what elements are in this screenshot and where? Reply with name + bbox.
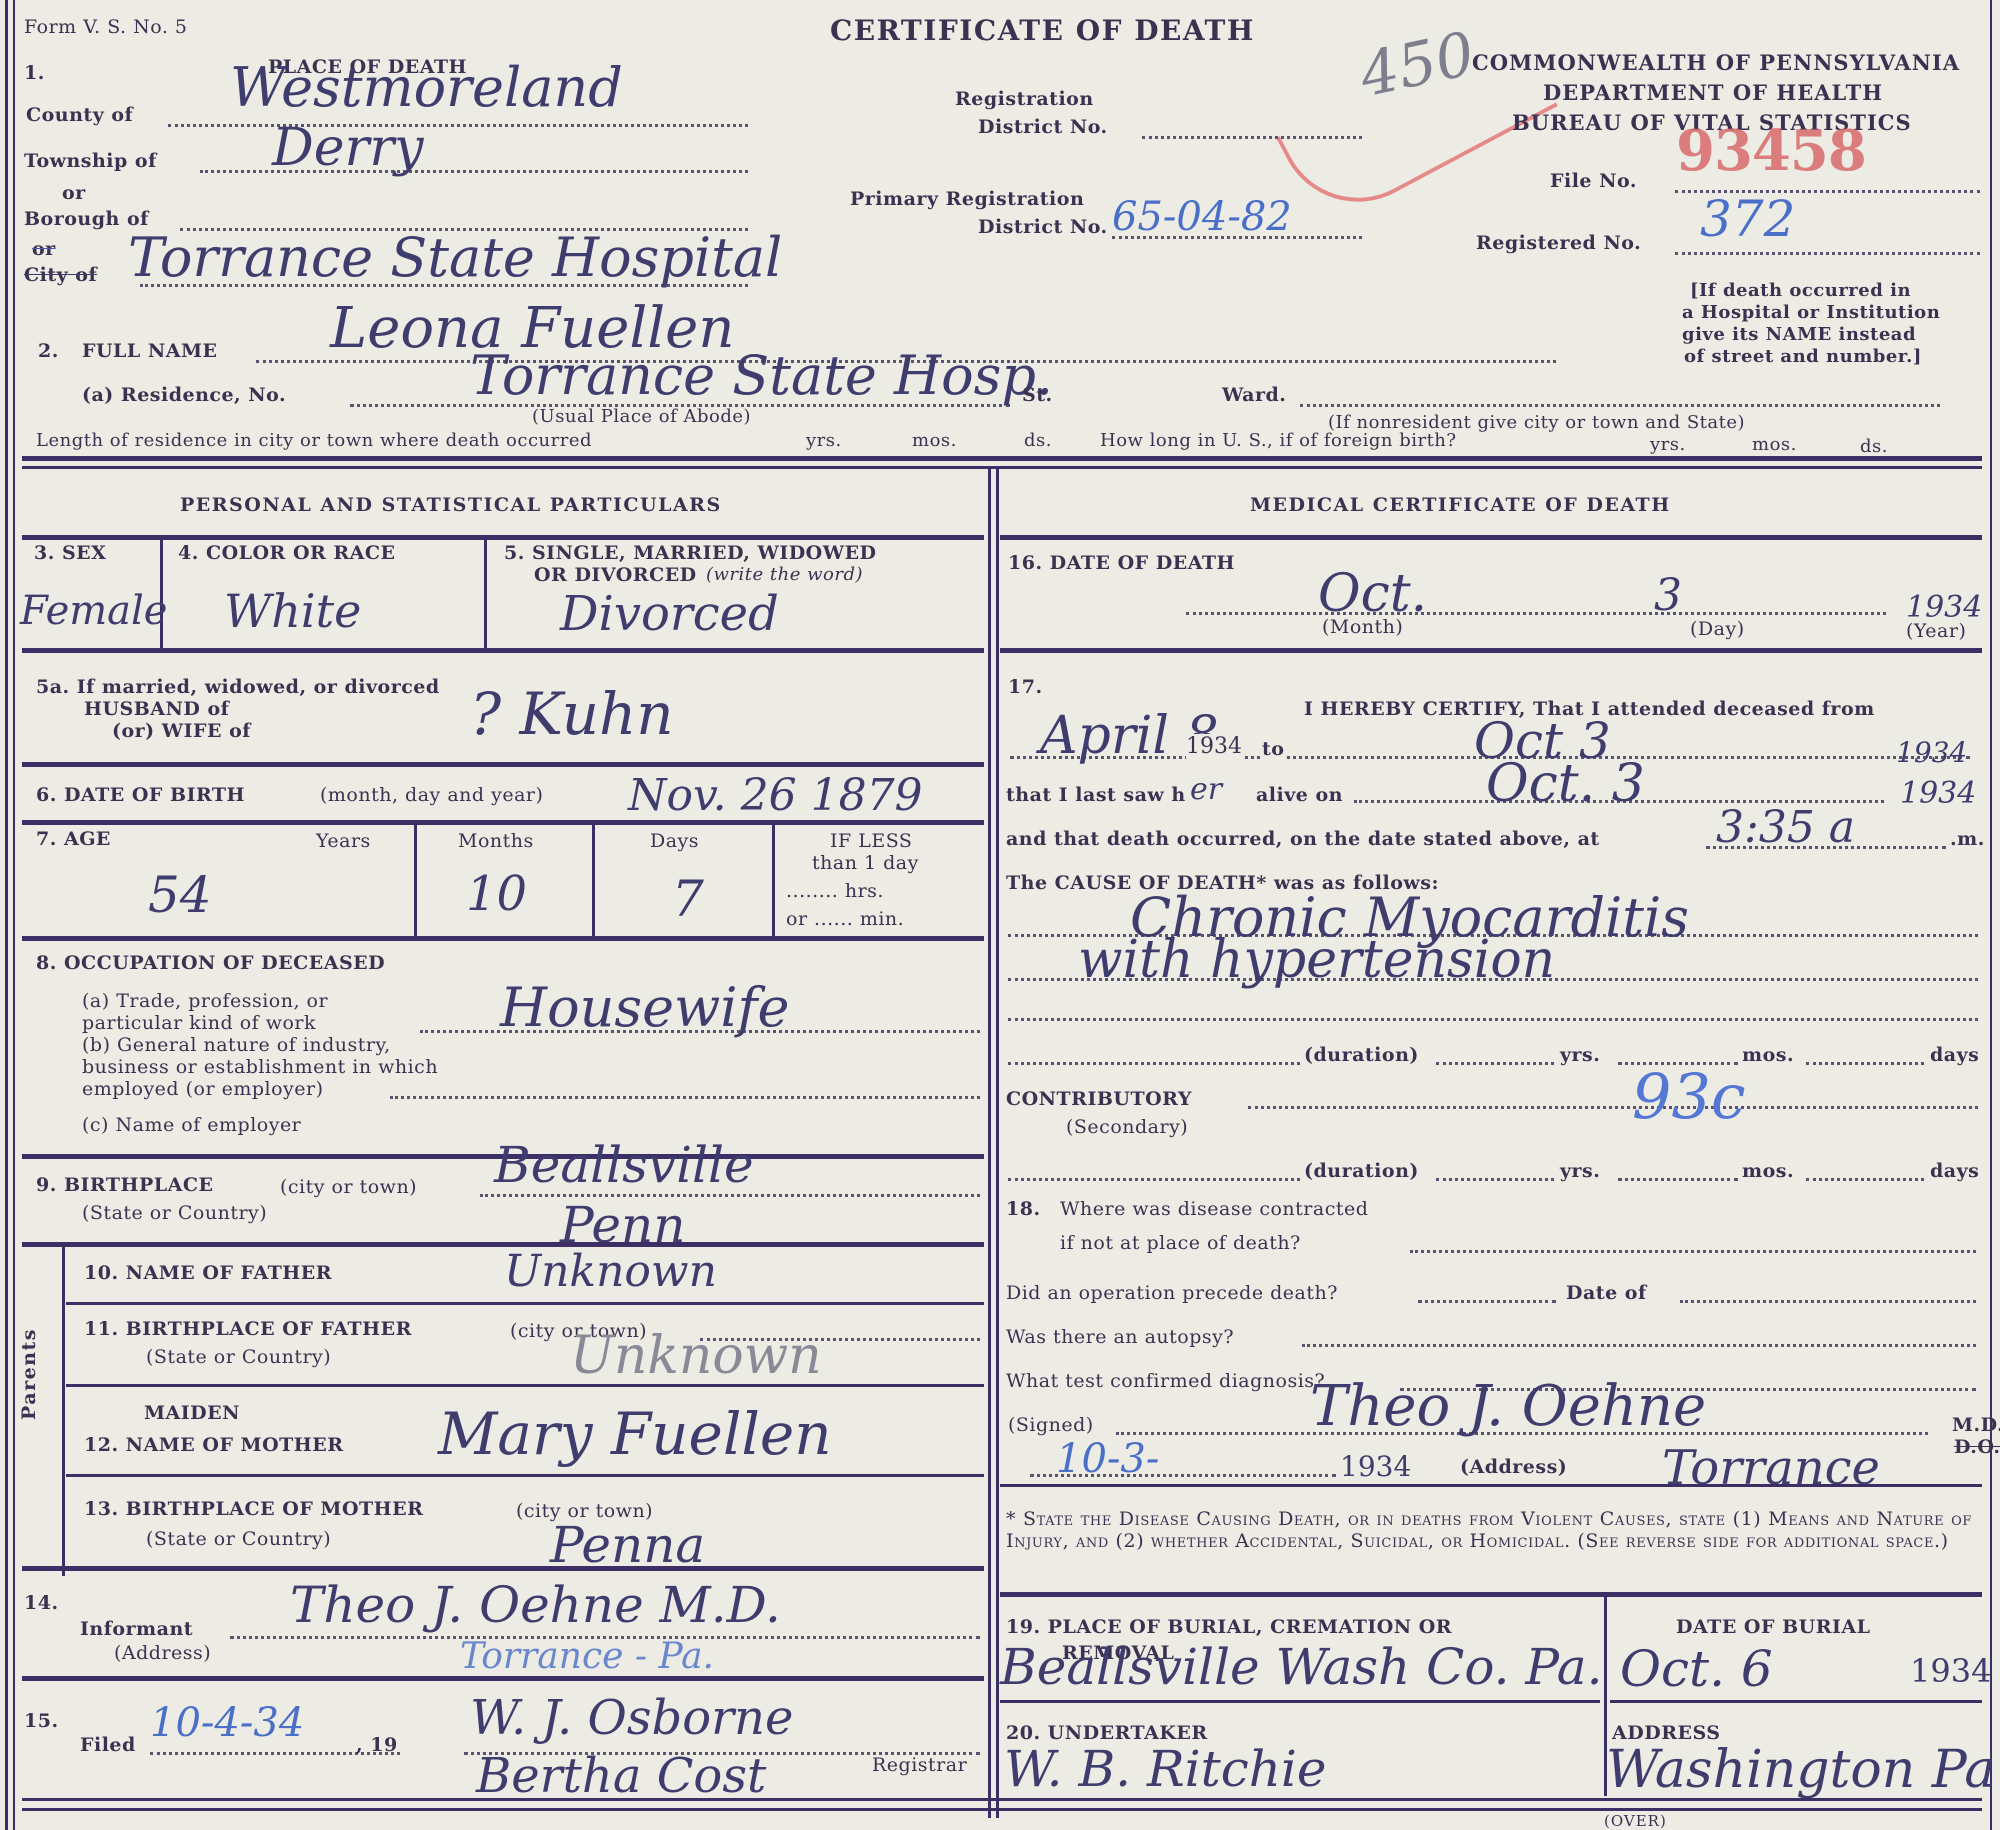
rule-19-left [1000,1700,1600,1703]
birthplace-state-label: (State or Country) [82,1202,267,1224]
abode-note: (Usual Place of Abode) [532,406,751,427]
district-dots [1142,136,1362,139]
spouse-label-2: HUSBAND of [84,698,229,720]
age-days-field[interactable]: 7 [672,870,704,928]
sex-label: 3. SEX [34,542,106,564]
rule-11 [66,1384,984,1387]
father-birthplace-state-label: (State or Country) [146,1346,331,1368]
rule-burial-top [1000,1592,1982,1597]
duration-mos-dots-2 [1618,1178,1738,1181]
duration-mos-1: mos. [1742,1044,1794,1066]
duration-days-dots-1 [1806,1062,1924,1065]
last-saw-year-field[interactable]: 1934 [1900,776,1976,811]
q18-line-2: if not at place of death? [1060,1232,1301,1254]
death-time-label: and that death occurred, on the date sta… [1006,828,1600,850]
q18-dots [1410,1250,1976,1253]
do-label: D.O. [1954,1436,2000,1458]
physician-address-field[interactable]: Torrance [1662,1440,1880,1496]
physician-address-label: (Address) [1460,1456,1567,1478]
city-field[interactable]: Torrance State Hospital [128,226,782,289]
foreign-yrs: yrs. [1650,434,1686,455]
am-pm-label: .m. [1950,828,1985,850]
length-yrs: yrs. [806,430,842,451]
informant-number: 14. [24,1592,59,1614]
agency-line-2: DEPARTMENT OF HEALTH [1543,80,1883,105]
registrar-signature-1[interactable]: W. J. Osborne [470,1690,793,1746]
to-label: to [1262,738,1284,760]
rule-13 [22,1566,984,1571]
registrar-label: Registrar [872,1754,967,1776]
column-divider-left [988,468,991,1818]
hospital-note-2: a Hospital or Institution [1682,302,1940,323]
rule-6 [22,820,984,825]
race-label: 4. COLOR OR RACE [178,542,396,564]
birthplace-label: 9. BIRTHPLACE [36,1174,213,1196]
occupation-label: 8. OCCUPATION OF DECEASED [36,952,385,974]
autopsy-question: Was there an autopsy? [1006,1326,1234,1348]
marital-status-field[interactable]: Divorced [560,586,779,642]
street-label: St. [1022,384,1053,406]
agency-line-1: COMMONWEALTH OF PENNSYLVANIA [1472,50,1960,75]
rule-16 [1000,648,1982,653]
section-2-number: 2. [38,340,59,362]
hrs-field[interactable]: ........ hrs. [786,880,884,902]
length-residence-label: Length of residence in city or town wher… [36,430,592,451]
rule-5a [22,762,984,767]
duration-yrs-2: yrs. [1560,1160,1600,1182]
duration-days-dots-2 [1806,1178,1924,1181]
hospital-note-3: give its NAME instead [1682,324,1916,345]
last-saw-label: that I last saw h [1006,784,1186,806]
hospital-note-1: [If death occurred in [1690,280,1911,301]
race-field[interactable]: White [224,584,361,638]
rule-personal [22,535,984,540]
ward-label: Ward. [1222,384,1286,406]
age-years-field[interactable]: 54 [148,866,212,924]
rule-19-right [1610,1700,1982,1703]
day-caption: (Day) [1690,618,1745,640]
dod-dots [1186,612,1886,615]
attended-from-year-field[interactable]: 1934 [1186,734,1242,759]
certificate-title: CERTIFICATE OF DEATH [830,14,1255,47]
months-label: Months [458,830,534,852]
rule-12 [66,1474,984,1477]
dod-label: 16. DATE OF DEATH [1008,552,1235,574]
cert-number: 17. [1008,676,1043,698]
birthplace-sub: (city or town) [280,1176,417,1198]
informant-label: Informant [80,1618,193,1640]
ward-dots [1300,404,1940,407]
filed-number: 15. [24,1710,59,1732]
length-ds: ds. [1024,430,1052,451]
length-mos: mos. [912,430,957,451]
duration-label-2: (duration) [1304,1160,1419,1182]
bottom-rule-2 [22,1808,1982,1811]
year-caption: (Year) [1906,620,1966,642]
age-divider-3 [772,824,775,936]
burial-place-label-1: 19. PLACE OF BURIAL, CREMATION OR [1006,1616,1452,1638]
age-divider-2 [592,824,595,936]
informant-address-label: (Address) [114,1642,211,1664]
full-name-label: FULL NAME [82,340,218,362]
cause-footnote: * State the Disease Causing Death, or in… [1006,1508,1972,1552]
contributory-code[interactable]: 93c [1632,1060,1746,1133]
duration-yrs-dots-1 [1436,1062,1554,1065]
file-stamp-number: 93458 [1676,118,1866,184]
min-field[interactable]: or ...... min. [786,908,904,930]
dob-field[interactable]: Nov. 26 1879 [628,770,923,821]
primary-district-field[interactable]: 65-04-82 [1112,194,1292,240]
alive-on-label: alive on [1256,784,1343,806]
death-time-field[interactable]: 3:35 a [1716,802,1855,853]
than-day-label: than 1 day [812,852,919,874]
contributory-dots [1248,1106,1978,1109]
month-caption: (Month) [1322,616,1403,638]
father-birthplace-field[interactable]: Unknown [570,1326,822,1386]
marital-label-2: OR DIVORCED [534,564,697,586]
rule-10 [66,1302,984,1305]
registered-number-dots [1675,252,1980,255]
residence-field[interactable]: Torrance State Hosp. [470,344,1053,407]
operation-question: Did an operation precede death? [1006,1282,1338,1304]
filed-19: , 19 [356,1734,398,1756]
duration-dots-2 [1008,1178,1300,1181]
dod-month-field[interactable]: Oct. [1318,564,1427,624]
occupation-field[interactable]: Housewife [500,976,790,1039]
burial-date-field[interactable]: Oct. 6 [1620,1640,1773,1698]
test-question: What test confirmed diagnosis? [1006,1370,1325,1392]
column-divider-right [996,468,999,1818]
rule-9 [22,1242,984,1247]
occupation-b2: business or establishment in which [82,1056,438,1078]
birthplace-dots [480,1194,980,1197]
duration-yrs-dots-2 [1436,1178,1554,1181]
last-saw-date-field[interactable]: Oct. 3 [1486,754,1645,814]
registered-number-field[interactable]: 372 [1700,190,1795,248]
primary-registration-label: Primary Registration [850,188,1084,210]
autopsy-dots [1302,1344,1976,1347]
informant-address-field[interactable]: Torrance - Pa. [460,1636,714,1677]
township-label: Township of [24,150,157,172]
if-less-label: IF LESS [830,830,912,852]
filed-label: Filed [80,1734,136,1756]
duration-days-1: days [1930,1044,1979,1066]
burial-date-label: DATE OF BURIAL [1676,1616,1870,1638]
undertaker-field[interactable]: W. B. Ritchie [1004,1740,1327,1798]
last-saw-pronoun[interactable]: er [1190,772,1222,807]
q18-line-1: Where was disease contracted [1060,1198,1368,1220]
medical-heading: MEDICAL CERTIFICATE OF DEATH [1250,494,1671,516]
bottom-rule-1 [22,1798,1982,1801]
left-border [5,0,8,1830]
q18-number: 18. [1006,1198,1041,1220]
dob-label: 6. DATE OF BIRTH [36,784,245,806]
signed-date-field[interactable]: 10-3- [1056,1436,1159,1482]
informant-field[interactable]: Theo J. Oehne M.D. [290,1576,781,1634]
spouse-field[interactable]: ? Kuhn [470,680,674,748]
signed-label: (Signed) [1008,1414,1094,1436]
days-label: Days [650,830,699,852]
rule-7 [22,936,984,941]
county-label: County of [26,104,133,126]
mother-name-field[interactable]: Mary Fuellen [438,1400,832,1468]
occupation-b3: employed (or employer) [82,1078,324,1100]
registered-number-label: Registered No. [1476,232,1641,254]
sex-field[interactable]: Female [20,588,167,634]
file-number-label: File No. [1550,170,1637,192]
age-label: 7. AGE [36,828,111,850]
registrar-signature-2[interactable]: Bertha Cost [476,1748,766,1804]
md-label: M.D. [1952,1414,2000,1436]
rule-5 [22,648,984,653]
spouse-label-1: 5a. If married, widowed, or divorced [36,676,440,698]
rule-medical [1000,535,1982,540]
duration-days-2: days [1930,1160,1979,1182]
or-text-1: or [62,182,86,204]
county-dots [168,124,748,127]
undertaker-address-field[interactable]: Washington Pa. [1606,1740,2000,1800]
over-label: (OVER) [1604,1812,1667,1830]
cause-dots-3 [1008,1018,1978,1021]
age-months-field[interactable]: 10 [466,866,527,922]
duration-label-1: (duration) [1304,1044,1419,1066]
burial-place-field[interactable]: Beallsville Wash Co. Pa. [1000,1638,1602,1696]
residence-label: (a) Residence, No. [82,384,286,406]
duration-yrs-1: yrs. [1560,1044,1600,1066]
marital-label-3: (write the word) [706,564,863,585]
township-field[interactable]: Derry [272,118,424,178]
right-border [1990,0,1992,1830]
mother-birthplace-label: 13. BIRTHPLACE OF MOTHER [84,1498,423,1520]
section-1-number: 1. [24,62,45,84]
father-birthplace-label: 11. BIRTHPLACE OF FATHER [84,1318,412,1340]
signed-year-field[interactable]: 1934 [1340,1450,1411,1483]
spouse-label-3: (or) WIFE of [112,720,251,742]
attended-to-year-field[interactable]: 1934 [1896,736,1967,769]
mother-birthplace-state-label: (State or Country) [146,1528,331,1550]
occupation-b1: (b) General nature of industry, [82,1034,391,1056]
foreign-ds: ds. [1860,436,1888,457]
years-label: Years [316,830,371,852]
marital-label-1: 5. SINGLE, MARRIED, WIDOWED [504,542,877,564]
father-name-label: 10. NAME OF FATHER [84,1262,332,1284]
or-text-2: or [32,238,56,260]
foreign-mos: mos. [1752,434,1797,455]
header-rule-top [22,456,1982,461]
dod-day-field[interactable]: 3 [1654,570,1682,621]
city-label: City of [24,264,97,286]
rule-signed [1000,1484,1982,1487]
primary-district-label: District No. [978,216,1108,238]
maiden-label: MAIDEN [144,1402,240,1424]
occupation-b-dots [390,1096,980,1099]
occupation-a2: particular kind of work [82,1012,316,1034]
cause-line-2-field[interactable]: with hypertension [1078,930,1555,990]
mother-name-label: 12. NAME OF MOTHER [84,1434,344,1456]
operation-dots [1418,1300,1556,1303]
burial-year-field[interactable]: 1934 [1910,1652,1991,1690]
occupation-a1: (a) Trade, profession, or [82,990,328,1012]
dob-sub-label: (month, day and year) [320,784,543,806]
left-border-inner [13,0,15,1830]
foreign-birth-label: How long in U. S., if of foreign birth? [1100,430,1457,451]
date-of-label: Date of [1566,1282,1647,1304]
duration-dots-1 [1008,1062,1300,1065]
birthplace-city-field[interactable]: Beallsville [494,1136,754,1194]
county-field[interactable]: Westmoreland [230,56,623,119]
occupation-c: (c) Name of employer [82,1114,301,1136]
parents-label: Parents [18,1328,40,1420]
date-of-dots [1680,1300,1976,1303]
filed-date-field[interactable]: 10-4-34 [150,1700,304,1746]
hospital-note-4: of street and number.] [1684,346,1922,367]
header-rule-bottom [22,466,1982,469]
duration-mos-2: mos. [1742,1160,1794,1182]
contributory-label: CONTRIBUTORY [1006,1088,1192,1110]
age-divider-1 [414,824,417,936]
registration-label: Registration [955,88,1094,110]
parents-divider [62,1246,65,1576]
rule-14 [22,1676,984,1681]
race-marital-divider [484,538,487,648]
father-name-field[interactable]: Unknown [504,1246,717,1297]
secondary-label: (Secondary) [1066,1116,1188,1138]
physician-signature[interactable]: Theo J. Oehne [1310,1374,1706,1439]
form-number: Form V. S. No. 5 [24,16,188,38]
personal-heading: PERSONAL AND STATISTICAL PARTICULARS [180,494,722,516]
district-label: District No. [978,116,1108,138]
